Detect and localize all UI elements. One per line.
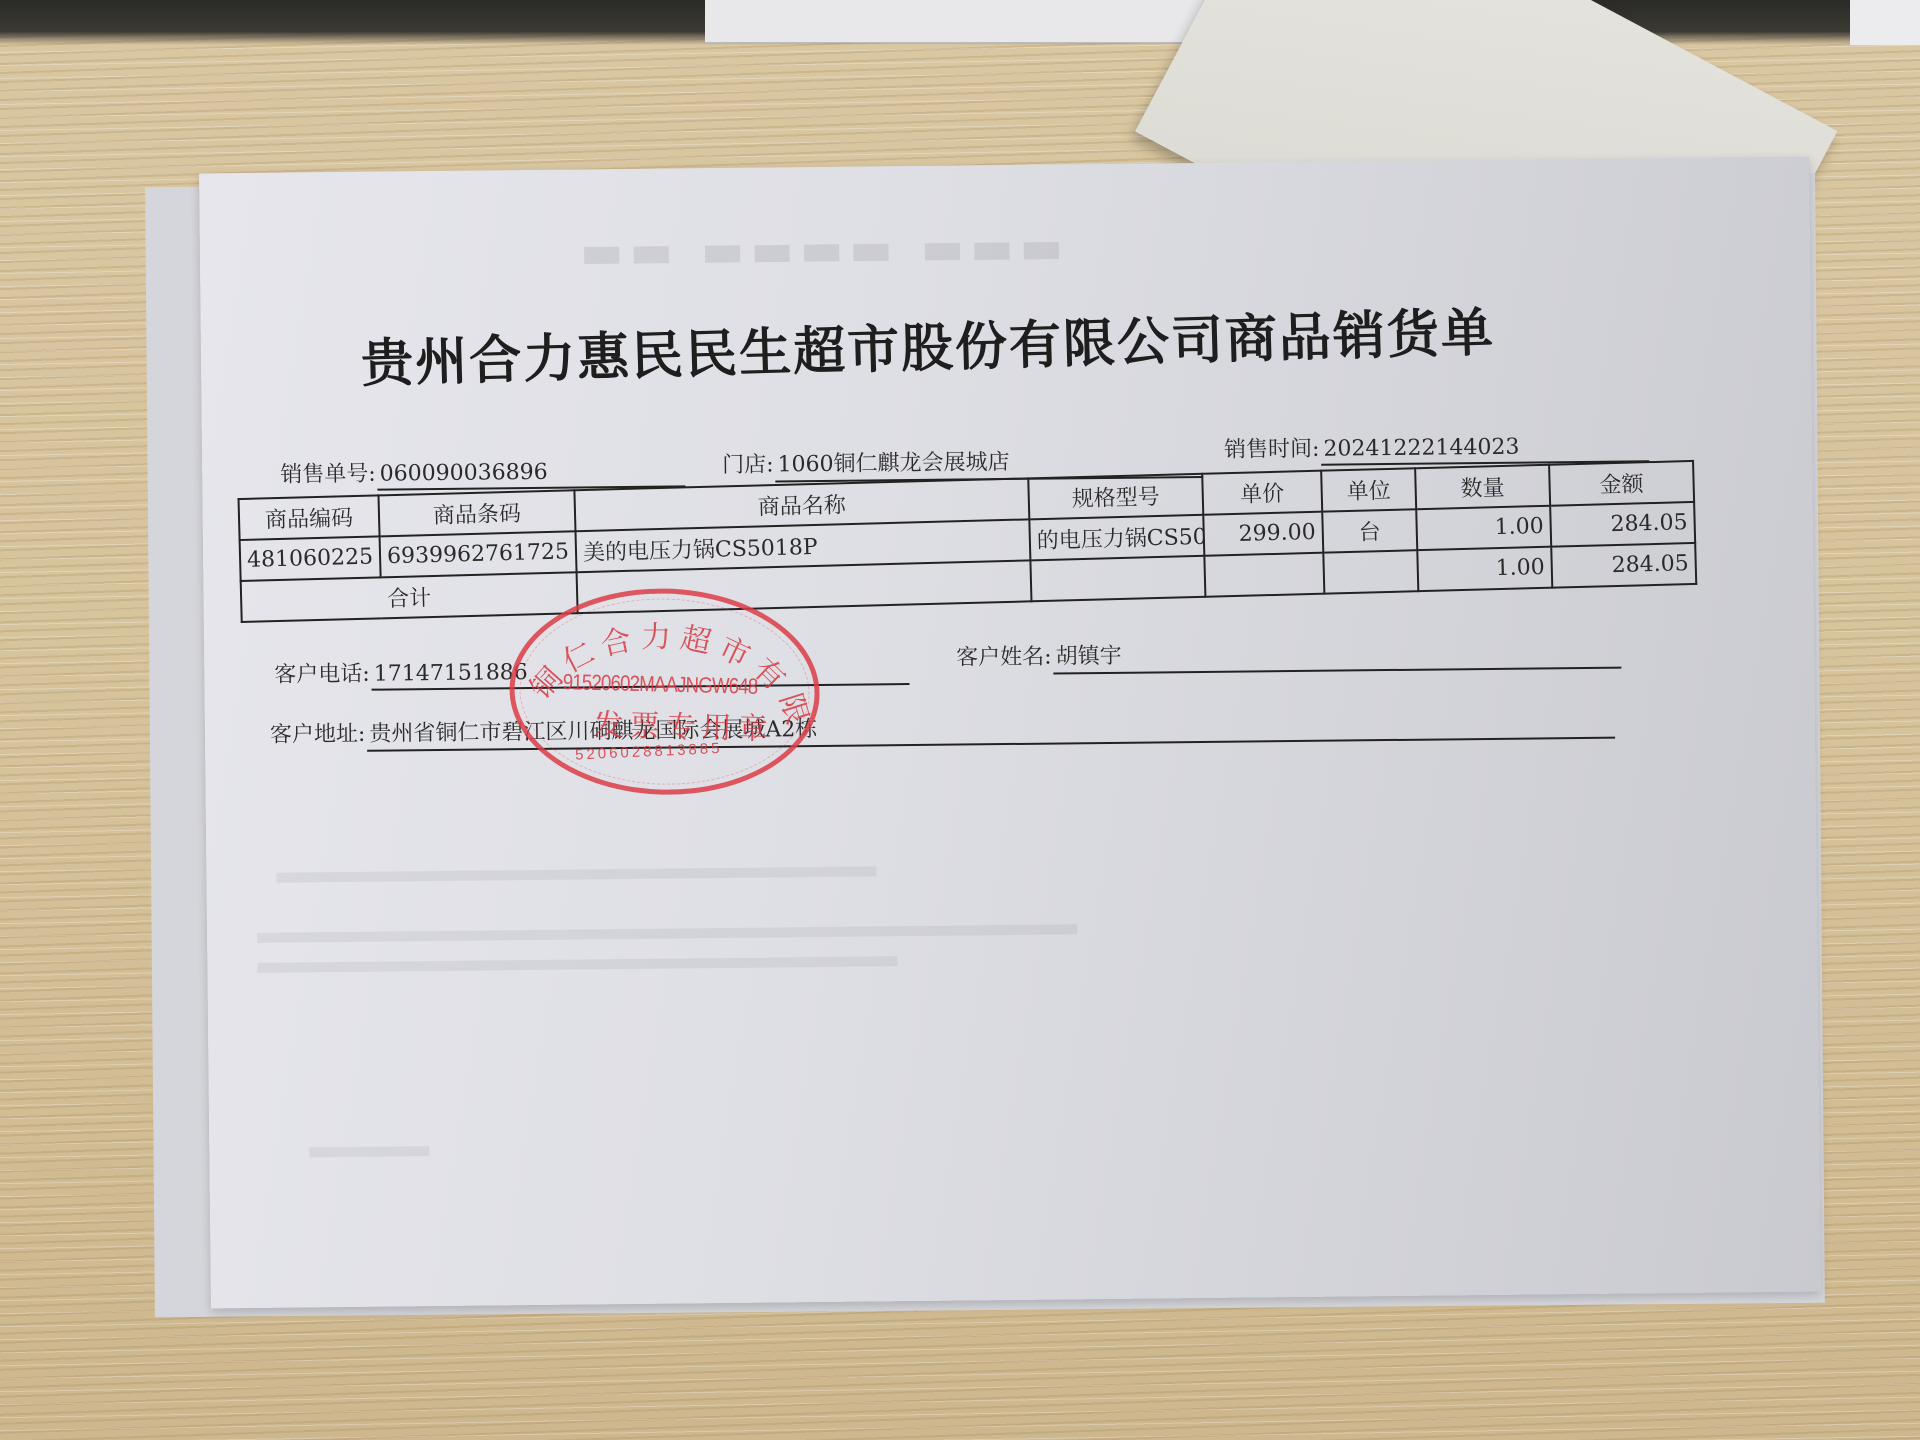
bleed-through-line — [257, 956, 897, 973]
item-code: 481060225 — [240, 536, 381, 581]
invoice-seal-stamp: 铜仁合力超市有限公司 91520602MAAJNGW648 发票专用章 5206… — [507, 585, 822, 799]
order-number-label: 销售单号: — [280, 462, 376, 488]
sale-time-label: 销售时间: — [1224, 437, 1320, 463]
bleed-through-line — [276, 866, 876, 882]
sales-receipt-sheet: ▬▬ ▬▬▬▬ ▬▬▬ 贵州合力惠民民生超市股份有限公司商品销货单 销售单号:0… — [199, 157, 1821, 1309]
total-empty-cell — [1323, 550, 1418, 593]
sale-time-value: 20241222144023 — [1321, 433, 1649, 465]
background-paper-stack — [705, 0, 1225, 43]
background-paper-strip — [1850, 0, 1920, 45]
customer-address-label: 客户地址: — [270, 722, 366, 748]
column-header-unit: 单位 — [1321, 468, 1416, 511]
customer-phone-label: 客户电话: — [274, 662, 370, 688]
customer-name-field: 客户姓名:胡镇宇 — [956, 634, 1622, 676]
item-quantity: 1.00 — [1416, 506, 1551, 550]
column-header-amount: 金额 — [1549, 461, 1694, 506]
store-label: 门店: — [722, 452, 774, 478]
total-empty-cell — [1204, 553, 1324, 597]
total-empty-cell — [1030, 556, 1205, 602]
total-amount: 284.05 — [1551, 543, 1696, 588]
sale-time-field: 销售时间:20241222144023 — [1224, 428, 1650, 466]
item-unit-price: 299.00 — [1203, 512, 1323, 556]
customer-name-label: 客户姓名: — [956, 645, 1052, 671]
item-spec: 的电压力锅CS50 — [1029, 515, 1204, 561]
bleed-through-heading: ▬▬ ▬▬▬▬ ▬▬▬ — [580, 219, 1070, 278]
order-number-field: 销售单号:060090036896 — [280, 453, 686, 491]
item-barcode: 6939962761725 — [380, 531, 577, 577]
item-unit: 台 — [1322, 509, 1417, 552]
order-number-value: 060090036896 — [378, 458, 686, 490]
customer-name-value: 胡镇宇 — [1053, 634, 1621, 675]
column-header-spec: 规格型号 — [1028, 474, 1203, 520]
column-header-code: 商品编码 — [239, 495, 380, 540]
column-header-unit-price: 单价 — [1202, 471, 1322, 515]
customer-address-field: 客户地址:贵州省铜仁市碧江区川硐麒龙国际会展城A2栋 — [270, 704, 1616, 753]
document-title: 贵州合力惠民民生超市股份有限公司商品销货单 — [360, 290, 1496, 397]
column-header-barcode: 商品条码 — [378, 490, 575, 536]
bleed-through-line — [257, 924, 1077, 943]
item-amount: 284.05 — [1550, 502, 1695, 547]
total-quantity: 1.00 — [1417, 547, 1552, 591]
column-header-quantity: 数量 — [1415, 465, 1550, 509]
bleed-through-line — [309, 1146, 429, 1157]
stamp-tax-id: 91520602MAAJNGW648 — [562, 669, 757, 700]
